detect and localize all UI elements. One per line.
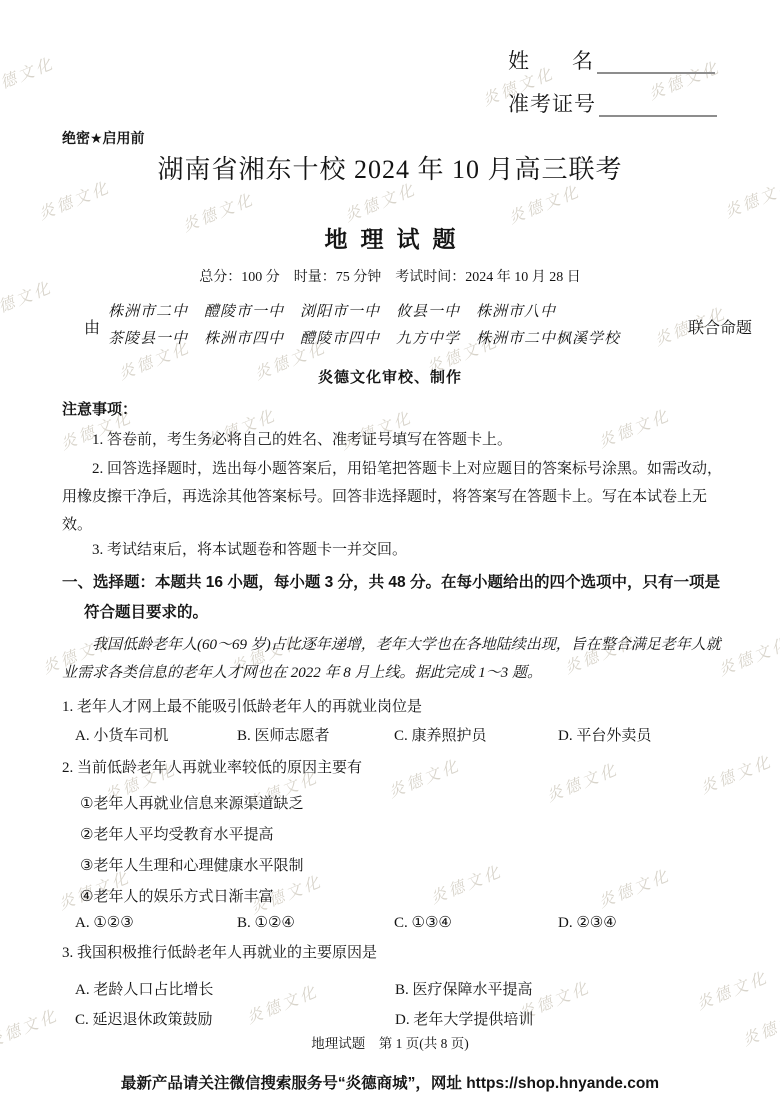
question-2-option-d: D. ②③④ <box>558 913 740 932</box>
question-2-subitem-1: ①老年人再就业信息来源渠道缺乏 <box>80 789 722 820</box>
promo-line: 最新产品请关注微信搜索服务号“炎德商城”，网址 https://shop.hny… <box>0 1071 780 1093</box>
question-3-option-b: B. 医疗保障水平提高 <box>395 975 740 1005</box>
name-label-char: 姓 <box>508 48 530 74</box>
question-1-option-d: D. 平台外卖员 <box>558 724 740 745</box>
question-1-option-c: C. 康养照护员 <box>394 724 558 745</box>
exam-title: 湖南省湘东十校 2024 年 10 月高三联考 <box>0 149 780 186</box>
question-2-subitem-3: ③老年人生理和心理健康水平限制 <box>80 851 722 882</box>
note-item-2: 2. 回答选择题时，选出每小题答案后，用铅笔把答题卡上对应题目的答案标号涂黑。如… <box>62 455 722 539</box>
section-one-heading: 一、选择题：本题共 16 小题，每小题 3 分，共 48 分。在每小题给出的四个… <box>62 568 722 628</box>
ticket-blank-line <box>599 91 717 117</box>
secrecy-notice: 绝密★启用前 <box>62 128 145 148</box>
page-number-line: 地理试题 第 1 页(共 8 页) <box>0 1032 780 1052</box>
name-field-row: 姓 名 <box>508 48 715 74</box>
subject-title: 地理试题 <box>0 221 780 254</box>
question-1-option-a: A. 小货车司机 <box>75 724 237 745</box>
question-3-option-c: C. 延迟退休政策鼓励 <box>75 1005 395 1035</box>
watermark-text: 炎德文化 <box>0 51 58 101</box>
question-3-option-d: D. 老年大学提供培训 <box>395 1005 740 1035</box>
exam-meta-line: 总分：100 分 时量：75 分钟 考试时间：2024 年 10 月 28 日 <box>0 266 780 286</box>
school-list-row: 茶陵县一中 株洲市四中 醴陵市四中 九方中学 株洲市二中枫溪学校 <box>108 326 688 353</box>
question-2-subitems: ①老年人再就业信息来源渠道缺乏 ②老年人平均受教育水平提高 ③老年人生理和心理健… <box>80 789 722 913</box>
question-1-options: A. 小货车司机 B. 医师志愿者 C. 康养照护员 D. 平台外卖员 <box>75 724 740 745</box>
question-2-subitem-4: ④老年人的娱乐方式日渐丰富 <box>80 882 722 913</box>
note-item-3: 3. 考试结束后，将本试题卷和答题卡一并交回。 <box>62 536 722 565</box>
exam-paper-page: 炎德文化 炎德文化 炎德文化 炎德文化 炎德文化 炎德文化 炎德文化 炎德文化 … <box>0 0 780 1104</box>
question-1-stem: 1. 老年人才网上最不能吸引低龄老年人的再就业岗位是 <box>62 695 722 716</box>
name-label-char: 名 <box>572 48 594 74</box>
name-label: 姓 名 <box>508 48 594 74</box>
question-2-options: A. ①②③ B. ①②④ C. ①③④ D. ②③④ <box>75 913 740 932</box>
organizer-block: 由 株洲市二中 醴陵市一中 浏阳市一中 攸县一中 株洲市八中 茶陵县一中 株洲市… <box>84 299 752 353</box>
question-1-option-b: B. 医师志愿者 <box>237 724 394 745</box>
question-3-options: A. 老龄人口占比增长 B. 医疗保障水平提高 C. 延迟退休政策鼓励 D. 老… <box>75 975 740 1035</box>
watermark-text: 炎德文化 <box>714 631 780 681</box>
ticket-field-row: 准考证号 <box>508 91 717 117</box>
question-2-stem: 2. 当前低龄老年人再就业率较低的原因主要有 <box>62 756 722 777</box>
note-item-1: 1. 答卷前，考生务必将自己的姓名、准考证号填写在答题卡上。 <box>62 426 722 455</box>
ticket-label: 准考证号 <box>508 91 596 117</box>
question-2-option-a: A. ①②③ <box>75 913 237 932</box>
notes-title: 注意事项： <box>62 398 722 419</box>
passage-text: 我国低龄老年人(60～69 岁)占比逐年递增，老年大学也在各地陆续出现，旨在整合… <box>62 631 722 687</box>
school-list-row: 株洲市二中 醴陵市一中 浏阳市一中 攸县一中 株洲市八中 <box>108 299 688 326</box>
question-3-stem: 3. 我国积极推行低龄老年人再就业的主要原因是 <box>62 941 722 962</box>
question-2-option-b: B. ①②④ <box>237 913 394 932</box>
name-blank-line <box>597 48 715 74</box>
question-2-subitem-2: ②老年人平均受教育水平提高 <box>80 820 722 851</box>
organizer-prefix: 由 <box>84 315 100 338</box>
question-2-option-c: C. ①③④ <box>394 913 558 932</box>
question-3-option-a: A. 老龄人口占比增长 <box>75 975 395 1005</box>
school-list: 株洲市二中 醴陵市一中 浏阳市一中 攸县一中 株洲市八中 茶陵县一中 株洲市四中… <box>108 299 688 353</box>
producer-line: 炎德文化审校、制作 <box>0 366 780 387</box>
organizer-suffix: 联合命题 <box>688 315 752 338</box>
